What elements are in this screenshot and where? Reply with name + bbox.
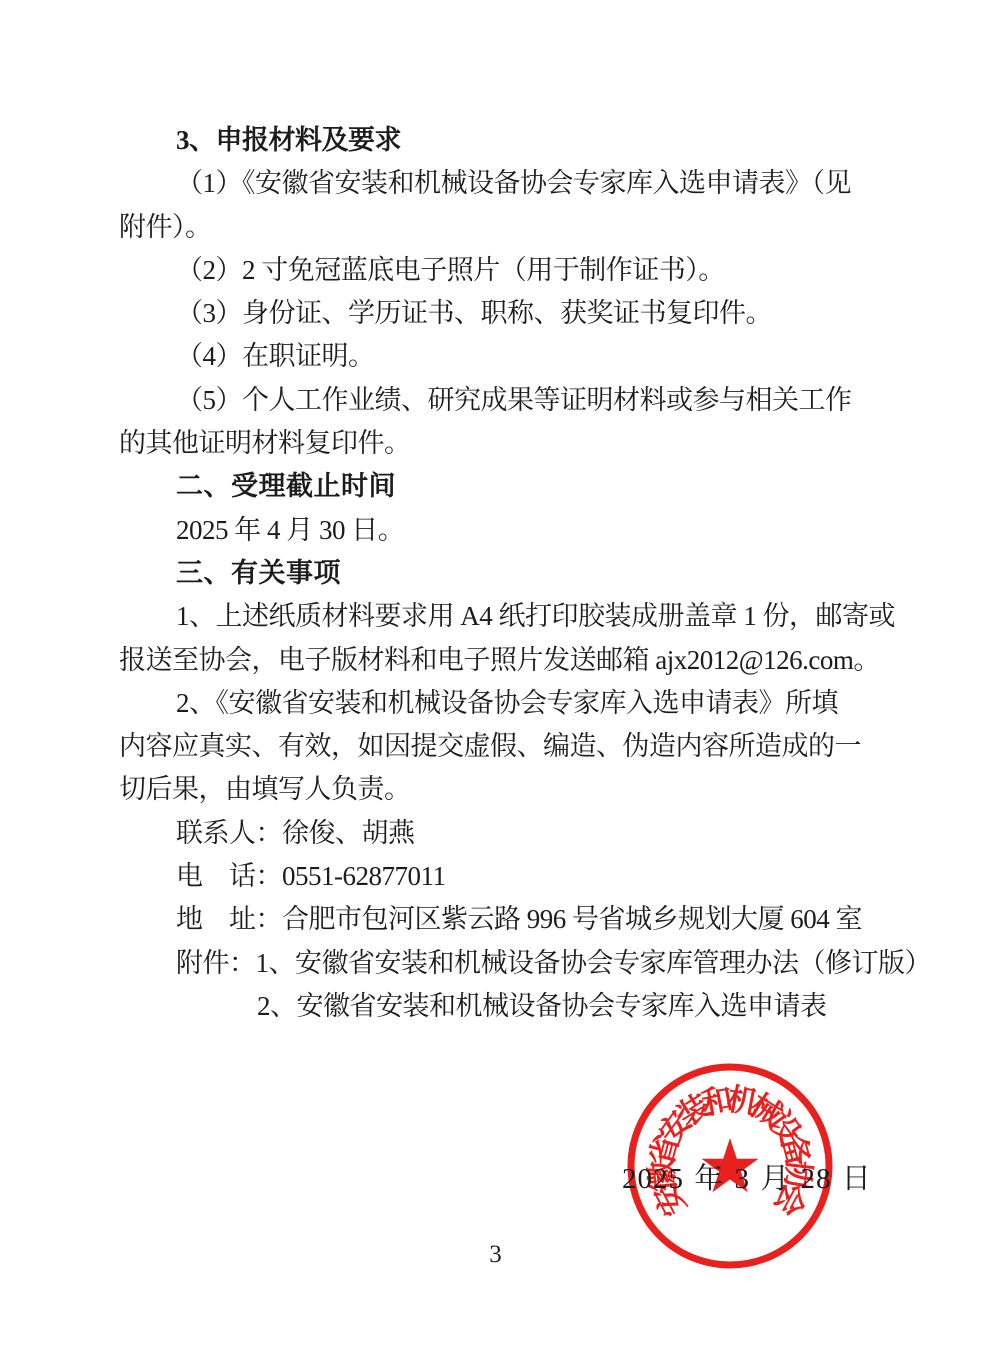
text-line: 三、有关事项 <box>119 552 873 595</box>
page-number: 3 <box>0 1241 991 1269</box>
text-line: （5）个人工作业绩、研究成果等证明材料或参与相关工作 <box>119 379 873 422</box>
text-line: 二、受理截止时间 <box>119 465 873 508</box>
text-line: （3）身份证、学历证书、职称、获奖证书复印件。 <box>119 292 873 335</box>
text-line: 电 话：0551-62877011 <box>119 855 873 898</box>
text-line: 地 址：合肥市包河区紫云路 996 号省城乡规划大厦 604 室 <box>119 898 873 941</box>
text-line: 3、申报材料及要求 <box>119 119 873 162</box>
text-line: 联系人：徐俊、胡燕 <box>119 812 873 855</box>
text-line: 内容应真实、有效，如因提交虚假、编造、伪造内容所造成的一 <box>119 725 873 768</box>
text-line: 2、《安徽省安装和机械设备协会专家库入选申请表》所填 <box>119 682 873 725</box>
document-body: 3、申报材料及要求（1）《安徽省安装和机械设备协会专家库入选申请表》（见附件）。… <box>119 119 873 1028</box>
text-line: （4）在职证明。 <box>119 335 873 378</box>
text-line: 附件：1、安徽省安装和机械设备协会专家库管理办法（修订版） <box>119 942 873 985</box>
text-line: 报送至协会，电子版材料和电子照片发送邮箱 ajx2012@126.com。 <box>119 639 873 682</box>
text-line: 1、上述纸质材料要求用 A4 纸打印胶装成册盖章 1 份，邮寄或 <box>119 595 873 638</box>
text-line: 2、安徽省安装和机械设备协会专家库入选申请表 <box>119 985 873 1028</box>
text-line: （1）《安徽省安装和机械设备协会专家库入选申请表》（见 <box>119 162 873 205</box>
text-line: 附件）。 <box>119 206 873 249</box>
document-page: 3、申报材料及要求（1）《安徽省安装和机械设备协会专家库入选申请表》（见附件）。… <box>0 0 991 1346</box>
text-line: （2）2 寸免冠蓝底电子照片（用于制作证书）。 <box>119 249 873 292</box>
text-line: 的其他证明材料复印件。 <box>119 422 873 465</box>
text-line: 2025 年 4 月 30 日。 <box>119 509 873 552</box>
text-line: 切后果，由填写人负责。 <box>119 768 873 811</box>
date-line: 2025 年 3 月 28 日 <box>622 1164 872 1194</box>
